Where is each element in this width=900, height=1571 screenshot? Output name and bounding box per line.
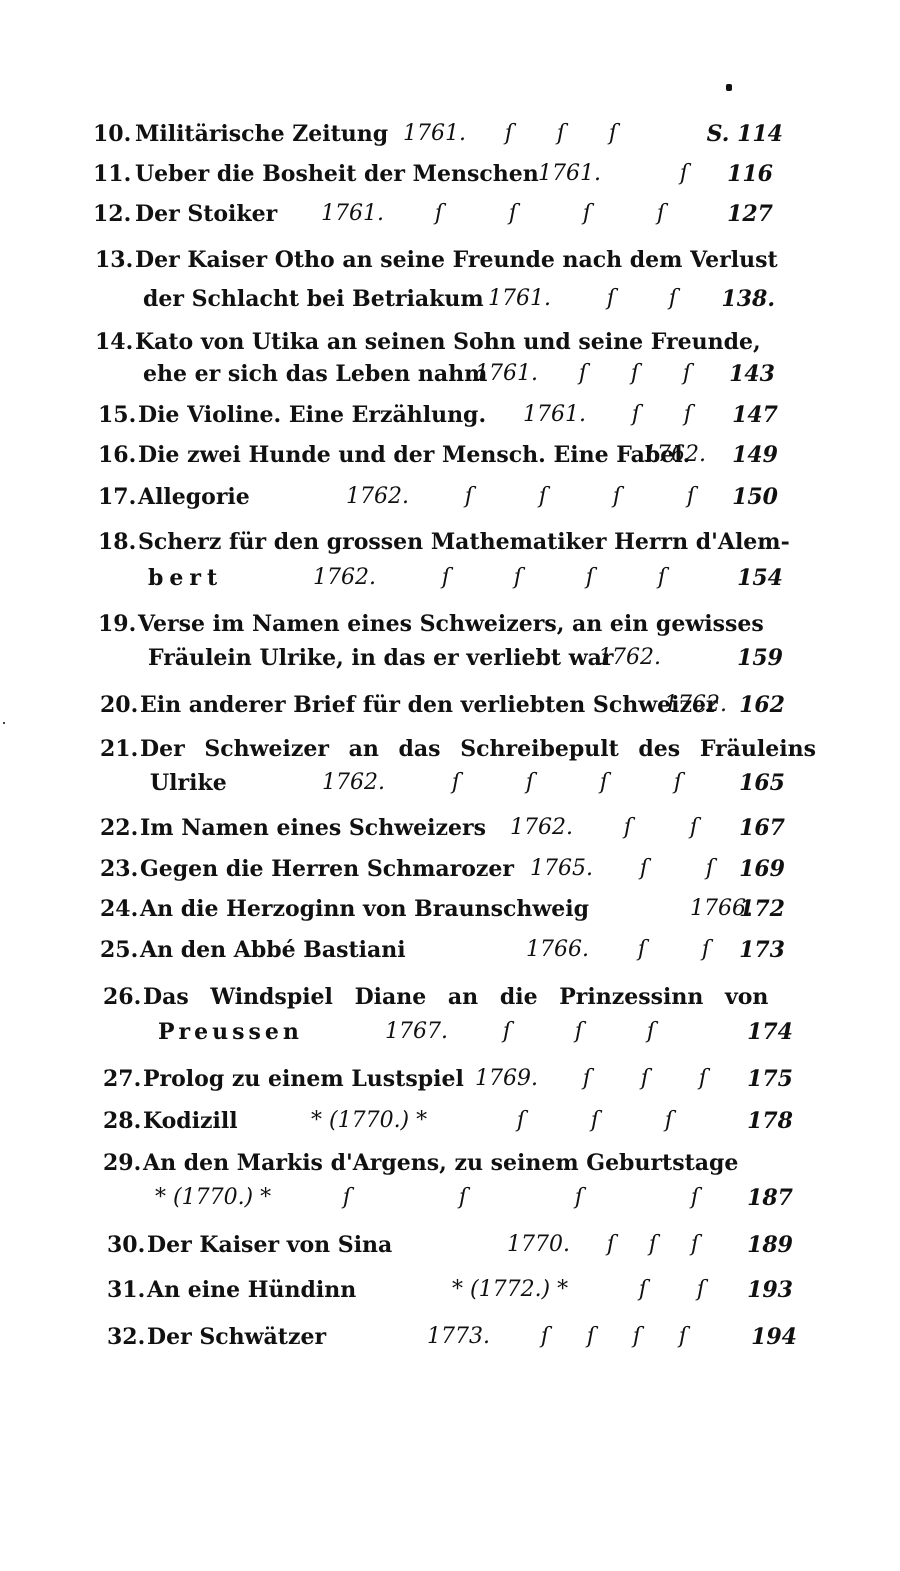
toc-entry-15: 15. Die Violine. Eine Erzählung. 1761. ſ… xyxy=(98,398,778,432)
toc-entry-16: 16. Die zwei Hunde und der Mensch. Eine … xyxy=(98,438,778,472)
entry-page: 116 xyxy=(727,157,773,191)
entry-title: Militärische Zeitung xyxy=(135,117,388,151)
toc-entry-10: 10. Militärische Zeitung 1761. ſſſ S. 11… xyxy=(93,117,783,151)
entry-title: Die zwei Hunde und der Mensch. Eine Fabe… xyxy=(138,438,690,472)
entry-title: Ein anderer Brief für den verliebten Sch… xyxy=(140,688,718,722)
entry-number: 12. xyxy=(93,197,131,231)
entry-title-continuation: Fräulein Ulrike, in das er verliebt war xyxy=(148,641,614,675)
entry-number: 13. xyxy=(95,243,133,277)
toc-entry-14: 14. Kato von Utika an seinen Sohn und se… xyxy=(95,325,785,359)
entry-number: 23. xyxy=(100,852,138,886)
toc-entry-30: 30. Der Kaiser von Sina 1770. ſſſ 189 xyxy=(107,1228,793,1262)
leader-dots: ſſſſ xyxy=(519,1320,709,1354)
entry-title: An den Abbé Bastiani xyxy=(140,933,406,967)
toc-entry-26-continuation: Preussen 1767. ſſſ 174 xyxy=(103,1015,793,1049)
entry-page: S. 114 xyxy=(707,117,783,151)
entry-number: 11. xyxy=(93,157,131,191)
entry-year: 1770. xyxy=(507,1228,570,1262)
entry-year: 1767. xyxy=(385,1015,448,1049)
entry-number: 19. xyxy=(98,607,136,641)
toc-entry-26: 26. Das Windspiel Diane an die Prinzessi… xyxy=(103,980,793,1014)
entry-page: 159 xyxy=(737,641,783,675)
entry-number: 15. xyxy=(98,398,136,432)
leader-dots: ſſſ xyxy=(495,1104,695,1138)
margin-speck xyxy=(3,722,5,724)
entry-page: 178 xyxy=(747,1104,793,1138)
leader-dots: ſſ xyxy=(585,282,699,316)
toc-entry-18-continuation: bert 1762. ſſſſ 154 xyxy=(98,561,783,595)
entry-page: 189 xyxy=(747,1228,793,1262)
entry-number: 28. xyxy=(103,1104,141,1138)
toc-entry-29: 29. An den Markis d'Argens, zu seinem Ge… xyxy=(103,1146,793,1180)
entry-page: 187 xyxy=(747,1181,793,1215)
leader-dots: ſſſ xyxy=(483,117,639,151)
toc-entry-29-continuation: * (1770.) * ſſſſ 187 xyxy=(103,1181,793,1215)
entry-year: 1765. xyxy=(530,852,593,886)
toc-entry-11: 11. Ueber die Bosheit der Menschen 1761.… xyxy=(93,157,773,191)
toc-entry-18: 18. Scherz für den grossen Mathematiker … xyxy=(98,525,788,559)
entry-title: An den Markis d'Argens, zu seinem Geburt… xyxy=(143,1146,738,1180)
entry-page: 194 xyxy=(751,1320,797,1354)
toc-entry-12: 12. Der Stoiker 1761. ſſſſ 127 xyxy=(93,197,773,231)
leader-dots: ſſ xyxy=(618,852,736,886)
entry-title: Prolog zu einem Lustspiel xyxy=(143,1062,464,1096)
entry-title: Im Namen eines Schweizers xyxy=(140,811,486,845)
entry-year: 1761. xyxy=(475,357,538,391)
entry-page: 138. xyxy=(721,282,775,316)
entry-year: 1762. xyxy=(346,480,409,514)
entry-title-continuation: ehe er sich das Leben nahm xyxy=(143,357,487,391)
entry-number: 30. xyxy=(107,1228,145,1262)
toc-entry-21-continuation: Ulrike 1762. ſſſſ 165 xyxy=(100,766,785,800)
leader-dots: ſſ xyxy=(616,933,732,967)
entry-title: Verse im Namen eines Schweizers, an ein … xyxy=(138,607,764,641)
entry-number: 22. xyxy=(100,811,138,845)
entry-number: 10. xyxy=(93,117,131,151)
entry-number: 25. xyxy=(100,933,138,967)
leader-dots: ſ xyxy=(658,157,710,191)
leader-dots: ſſſ xyxy=(481,1015,677,1049)
entry-number: 20. xyxy=(100,688,138,722)
entry-title: Allegorie xyxy=(138,480,250,514)
toc-entry-28: 28. Kodizill * (1770.) * ſſſ 178 xyxy=(103,1104,793,1138)
entry-title-continuation: der Schlacht bei Betriakum xyxy=(143,282,484,316)
leader-dots: ſſſſ xyxy=(443,480,717,514)
toc-entry-17: 17. Allegorie 1762. ſſſſ 150 xyxy=(98,480,778,514)
entry-title: Der Kaiser von Sina xyxy=(147,1228,392,1262)
entry-title: Die Violine. Eine Erzählung. xyxy=(138,398,486,432)
entry-title-continuation: Preussen xyxy=(158,1015,303,1049)
entry-title-continuation: Ulrike xyxy=(150,766,227,800)
entry-title: Der Kaiser Otho an seine Freunde nach de… xyxy=(135,243,778,277)
toc-entry-13: 13. Der Kaiser Otho an seine Freunde nac… xyxy=(95,243,735,277)
entry-year: * (1772.) * xyxy=(452,1273,568,1307)
entry-number: 27. xyxy=(103,1062,141,1096)
leader-dots: ſſ xyxy=(617,1273,727,1307)
entry-title: An die Herzoginn von Braunschweig xyxy=(140,892,589,926)
entry-year: 1761. xyxy=(488,282,551,316)
entry-year: 1762. xyxy=(598,641,661,675)
entry-title: Der Schweizer an das Schreibepult des Fr… xyxy=(140,732,816,766)
toc-entry-32: 32. Der Schwätzer 1773. ſſſſ 194 xyxy=(107,1320,797,1354)
entry-page: 167 xyxy=(739,811,785,845)
entry-title: Das Windspiel Diane an die Prinzessinn v… xyxy=(143,980,768,1014)
entry-number: 32. xyxy=(107,1320,145,1354)
entry-page: 175 xyxy=(747,1062,793,1096)
book-page: 10. Militärische Zeitung 1761. ſſſ S. 11… xyxy=(0,0,900,1571)
entry-title: Scherz für den grossen Mathematiker Herr… xyxy=(138,525,790,559)
leader-dots: ſſſ xyxy=(585,1228,721,1262)
entry-page: 174 xyxy=(747,1015,793,1049)
entry-page: 172 xyxy=(739,892,785,926)
entry-title: Der Schwätzer xyxy=(147,1320,326,1354)
toc-entry-20: 20. Ein anderer Brief für den verliebten… xyxy=(100,688,785,722)
entry-year: 1762. xyxy=(313,561,376,595)
entry-page: 150 xyxy=(732,480,778,514)
entry-year: 1761. xyxy=(523,398,586,432)
leader-dots: ſſ xyxy=(602,811,720,845)
entry-year: 1761. xyxy=(538,157,601,191)
entry-title: Der Stoiker xyxy=(135,197,277,231)
entry-year: 1762. xyxy=(322,766,385,800)
entry-title: Kato von Utika an seinen Sohn und seine … xyxy=(135,325,761,359)
entry-year: * (1770.) * xyxy=(155,1181,271,1215)
entry-page: 127 xyxy=(727,197,773,231)
entry-year: 1773. xyxy=(427,1320,490,1354)
toc-entry-14-continuation: ehe er sich das Leben nahm 1761. ſſſ 143 xyxy=(95,357,775,391)
entry-page: 193 xyxy=(747,1273,793,1307)
entry-number: 14. xyxy=(95,325,133,359)
toc-entry-23: 23. Gegen die Herren Schmarozer 1765. ſſ… xyxy=(100,852,785,886)
entry-page: 149 xyxy=(732,438,778,472)
toc-entry-21: 21. Der Schweizer an das Schreibepult de… xyxy=(100,732,785,766)
leader-dots: ſſ xyxy=(610,398,714,432)
entry-year: 1766. xyxy=(526,933,589,967)
entry-number: 31. xyxy=(107,1273,145,1307)
entry-year: 1761. xyxy=(403,117,466,151)
entry-title: Ueber die Bosheit der Menschen xyxy=(135,157,539,191)
toc-entry-19: 19. Verse im Namen eines Schweizers, an … xyxy=(98,607,788,641)
entry-page: 162 xyxy=(739,688,785,722)
entry-year: 1762. xyxy=(664,688,727,722)
entry-number: 17. xyxy=(98,480,136,514)
entry-year: 1762. xyxy=(510,811,573,845)
entry-year: * (1770.) * xyxy=(311,1104,427,1138)
entry-title: Gegen die Herren Schmarozer xyxy=(140,852,514,886)
leader-dots: ſſſ xyxy=(561,1062,729,1096)
entry-number: 24. xyxy=(100,892,138,926)
entry-title-continuation: bert xyxy=(148,561,223,595)
toc-entry-25: 25. An den Abbé Bastiani 1766. ſſ 173 xyxy=(100,933,785,967)
entry-page: 173 xyxy=(739,933,785,967)
entry-title: An eine Hündinn xyxy=(147,1273,356,1307)
entry-page: 147 xyxy=(732,398,778,432)
toc-entry-22: 22. Im Namen eines Schweizers 1762. ſſ 1… xyxy=(100,811,785,845)
leader-dots: ſſſſ xyxy=(420,561,688,595)
toc-entry-31: 31. An eine Hündinn * (1772.) * ſſ 193 xyxy=(107,1273,793,1307)
leader-dots: ſſſ xyxy=(557,357,713,391)
entry-page: 169 xyxy=(739,852,785,886)
entry-year: 1769. xyxy=(475,1062,538,1096)
entry-page: 143 xyxy=(729,357,775,391)
toc-entry-24: 24. An die Herzoginn von Braunschweig 17… xyxy=(100,892,785,926)
toc-entry-19-continuation: Fräulein Ulrike, in das er verliebt war … xyxy=(98,641,783,675)
entry-number: 29. xyxy=(103,1146,141,1180)
entry-number: 21. xyxy=(100,732,138,766)
entry-title: Kodizill xyxy=(143,1104,238,1138)
entry-page: 165 xyxy=(739,766,785,800)
printer-mark xyxy=(726,84,732,91)
entry-year: 1762. xyxy=(643,438,706,472)
toc-entry-27: 27. Prolog zu einem Lustspiel 1769. ſſſ … xyxy=(103,1062,793,1096)
leader-dots: ſſſſ xyxy=(413,197,687,231)
leader-dots: ſſſſ xyxy=(430,766,704,800)
toc-entry-13-continuation: der Schlacht bei Betriakum 1761. ſſ 138. xyxy=(95,282,775,316)
leader-dots: ſſſſ xyxy=(321,1181,721,1215)
entry-number: 16. xyxy=(98,438,136,472)
entry-number: 26. xyxy=(103,980,141,1014)
entry-page: 154 xyxy=(737,561,783,595)
entry-year: 1761. xyxy=(321,197,384,231)
entry-number: 18. xyxy=(98,525,136,559)
